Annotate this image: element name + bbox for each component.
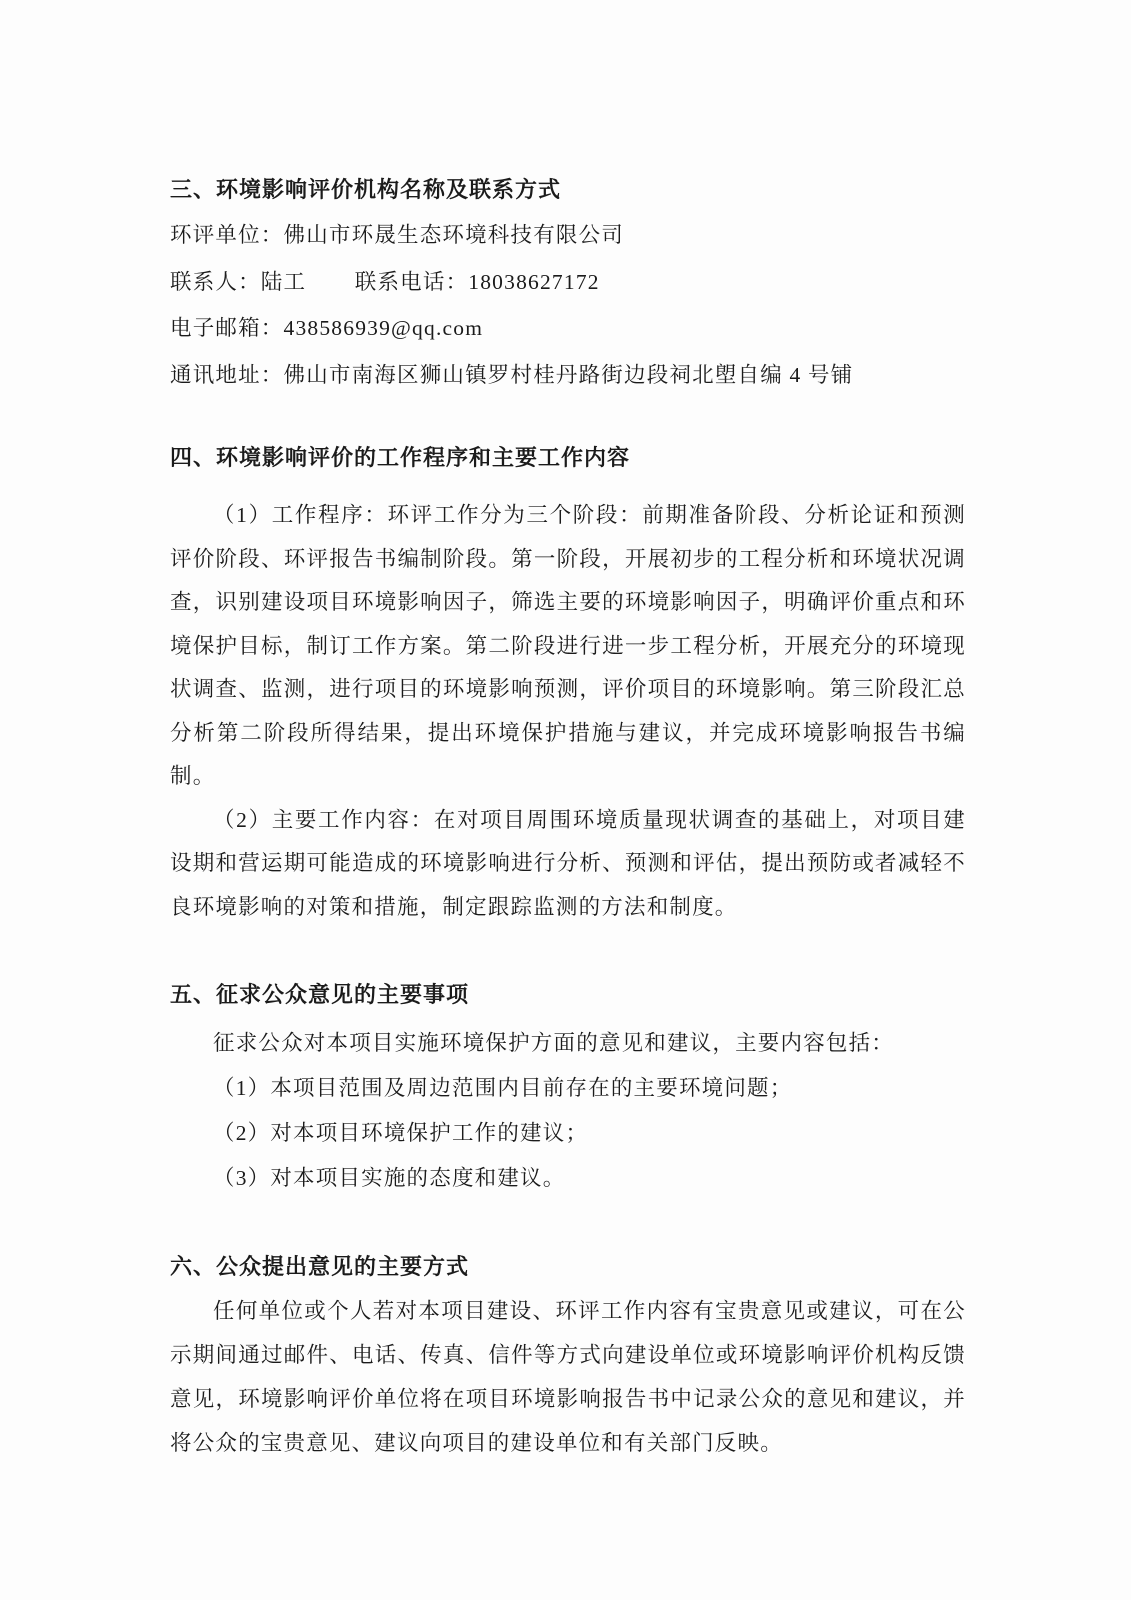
opinion-items-list: 征求公众对本项目实施环境保护方面的意见和建议，主要内容包括： （1）本项目范围及… — [170, 1021, 966, 1201]
contact-person: 联系人：陆工 — [170, 270, 306, 294]
section-feedback-methods: 六、公众提出意见的主要方式 任何单位或个人若对本项目建设、环评工作内容有宝贵意见… — [170, 1245, 966, 1465]
document-page: 三、环境影响评价机构名称及联系方式 环评单位：佛山市环晟生态环境科技有限公司 联… — [0, 0, 1131, 1600]
section-heading-public-opinion-items: 五、征求公众意见的主要事项 — [170, 973, 966, 1017]
document-content: 三、环境影响评价机构名称及联系方式 环评单位：佛山市环晟生态环境科技有限公司 联… — [170, 168, 966, 1465]
email-line: 电子邮箱：438586939@qq.com — [170, 305, 966, 352]
section-public-opinion-items: 五、征求公众意见的主要事项 征求公众对本项目实施环境保护方面的意见和建议，主要内… — [170, 973, 966, 1201]
section-eia-agency: 三、环境影响评价机构名称及联系方式 环评单位：佛山市环晟生态环境科技有限公司 联… — [170, 168, 966, 398]
contact-person-line: 联系人：陆工 联系电话：18038627172 — [170, 259, 966, 306]
section-heading-feedback-methods: 六、公众提出意见的主要方式 — [170, 1245, 966, 1289]
section-heading-work-procedure: 四、环境影响评价的工作程序和主要工作内容 — [170, 436, 966, 480]
section-work-procedure: 四、环境影响评价的工作程序和主要工作内容 （1）工作程序：环评工作分为三个阶段：… — [170, 436, 966, 929]
work-content-paragraph: （2）主要工作内容：在对项目周围环境质量现状调查的基础上，对项目建设期和营运期可… — [170, 799, 966, 930]
contact-info-block: 环评单位：佛山市环晟生态环境科技有限公司 联系人：陆工 联系电话：1803862… — [170, 212, 966, 398]
opinion-item-2: （2）对本项目环境保护工作的建议； — [170, 1111, 966, 1156]
opinion-item-3: （3）对本项目实施的态度和建议。 — [170, 1156, 966, 1201]
opinion-intro-line: 征求公众对本项目实施环境保护方面的意见和建议，主要内容包括： — [170, 1021, 966, 1066]
feedback-paragraph: 任何单位或个人若对本项目建设、环评工作内容有宝贵意见或建议，可在公示期间通过邮件… — [170, 1289, 966, 1465]
section-heading-eia-agency: 三、环境影响评价机构名称及联系方式 — [170, 168, 966, 212]
contact-phone: 联系电话：18038627172 — [355, 270, 600, 294]
eia-unit-line: 环评单位：佛山市环晟生态环境科技有限公司 — [170, 212, 966, 259]
work-procedure-paragraph: （1）工作程序：环评工作分为三个阶段：前期准备阶段、分析论证和预测评价阶段、环评… — [170, 494, 966, 799]
opinion-item-1: （1）本项目范围及周边范围内目前存在的主要环境问题； — [170, 1066, 966, 1111]
address-line: 通讯地址：佛山市南海区狮山镇罗村桂丹路街边段祠北塱自编 4 号铺 — [170, 352, 966, 399]
